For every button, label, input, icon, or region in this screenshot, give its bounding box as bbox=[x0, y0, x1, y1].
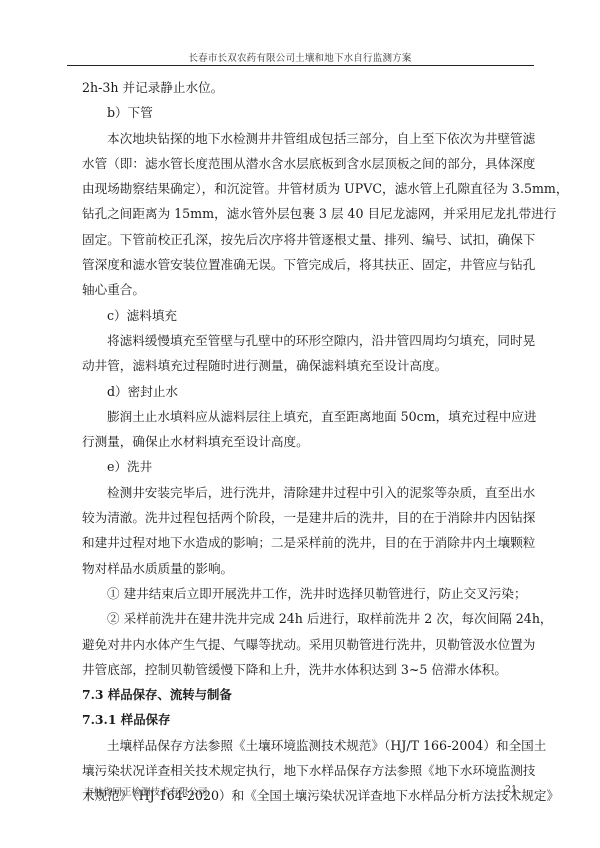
paragraph-line: 行测量，确保止水材料填充至设计高度。 bbox=[82, 429, 518, 454]
paragraph-line: 轴心重合。 bbox=[82, 277, 518, 302]
paragraph-line: 固定。下管前校正孔深，按先后次序将井管逐根丈量、排列、编号、试扣，确保下 bbox=[82, 227, 518, 252]
paragraph-line: 井管底部，控制贝勒管缓慢下降和上升，洗井水体积达到 3~5 倍滞水体积。 bbox=[82, 657, 518, 682]
list-item: ① 建井结束后立即开展洗井工作，洗井时选择贝勒管进行，防止交叉污染； bbox=[82, 581, 518, 606]
subsection-title-well-wash: e）洗井 bbox=[82, 454, 518, 479]
list-item: ② 采样前洗井在建井洗井完成 24h 后进行，取样前洗井 2 次，每次间隔 24… bbox=[82, 606, 518, 631]
paragraph-line: 较为清澈。洗井过程包括两个阶段，一是建井后的洗井，目的在于消除井内因钻探 bbox=[82, 505, 518, 530]
paragraph-line: 动井管，滤料填充过程随时进行测量，确保滤料填充至设计高度。 bbox=[82, 353, 518, 378]
paragraph-line: 管深度和滤水管安装位置准确无误。下管完成后，将其扶正、固定，井管应与钻孔 bbox=[82, 252, 518, 277]
paragraph-line: 壤污染状况详查相关技术规定执行，地下水样品保存方法参照《地下水环境监测技 bbox=[82, 758, 518, 783]
paragraph-line: 物对样品水质质量的影响。 bbox=[82, 556, 518, 581]
subsection-title-filter-fill: c）滤料填充 bbox=[82, 303, 518, 328]
page-number: 21 bbox=[505, 784, 517, 795]
section-heading-7-3-1: 7.3.1 样品保存 bbox=[82, 707, 518, 732]
footer-company: 吉林省同正检测技术有限公司 bbox=[84, 784, 208, 798]
paragraph-line: 本次地块钻探的地下水检测井井管组成包括三部分，自上至下依次为井壁管滤 bbox=[82, 126, 518, 151]
paragraph-line: 水管（即：滤水管长度范围从潜水含水层底板到含水层顶板之间的部分，具体深度 bbox=[82, 151, 518, 176]
paragraph-line: 膨润土止水填料应从滤料层往上填充，直至距离地面 50cm，填充过程中应进 bbox=[82, 404, 518, 429]
running-header: 长春市长双农药有限公司土壤和地下水自行监测方案 bbox=[0, 50, 600, 64]
paragraph-line: 和建井过程对地下水造成的影响；二是采样前的洗井，目的在于消除井内土壤颗粒 bbox=[82, 530, 518, 555]
paragraph-line: 钻孔之间距离为 15mm，滤水管外层包裹 3 层 40 目尼龙滤网，并采用尼龙扎… bbox=[82, 201, 518, 226]
paragraph-line: 由现场勘察结果确定），和沉淀管。井管材质为 UPVC，滤水管上孔隙直径为 3.5… bbox=[82, 176, 518, 201]
paragraph-line: 2h-3h 并记录静止水位。 bbox=[82, 75, 518, 100]
paragraph-line: 将滤料缓慢填充至管壁与孔壁中的环形空隙内，沿井管四周均匀填充，同时晃 bbox=[82, 328, 518, 353]
document-page: 长春市长双农药有限公司土壤和地下水自行监测方案 2h-3h 并记录静止水位。 b… bbox=[0, 0, 600, 848]
subsection-title-lowering-pipe: b）下管 bbox=[82, 100, 518, 125]
section-heading-7-3: 7.3 样品保存、流转与制备 bbox=[82, 682, 518, 707]
subsection-title-seal: d）密封止水 bbox=[82, 379, 518, 404]
paragraph-line: 避免对井内水体产生气提、气曝等扰动。采用贝勒管进行洗井，贝勒管汲水位置为 bbox=[82, 632, 518, 657]
paragraph-line: 检测井安装完毕后，进行洗井，清除建井过程中引入的泥浆等杂质，直至出水 bbox=[82, 480, 518, 505]
header-rule bbox=[67, 65, 534, 66]
paragraph-line: 土壤样品保存方法参照《土壤环境监测技术规范》（HJ/T 166-2004）和全国… bbox=[82, 733, 518, 758]
document-body: 2h-3h 并记录静止水位。 b）下管 本次地块钻探的地下水检测井井管组成包括三… bbox=[82, 75, 518, 809]
